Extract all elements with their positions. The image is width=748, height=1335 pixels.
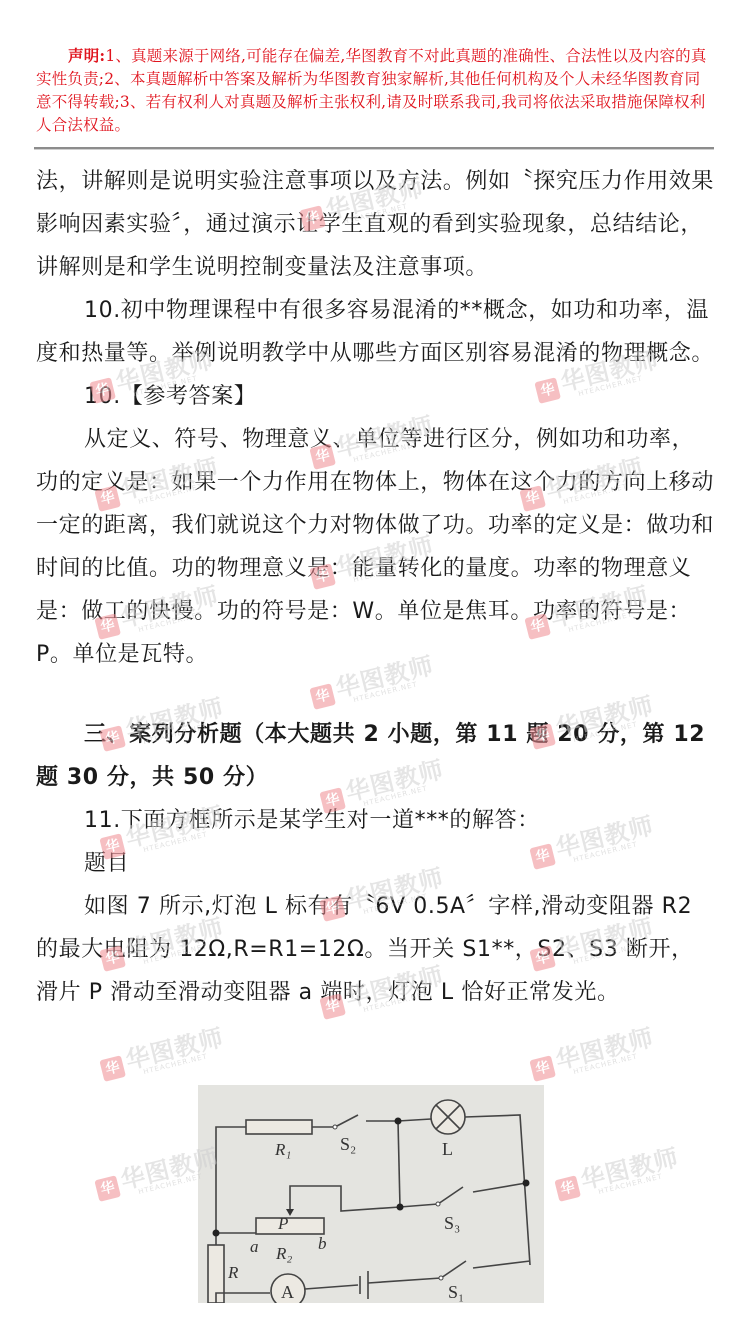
disclaimer-lead: 声明: — [68, 46, 105, 65]
watermark: 华华图教师HTEACHER.NET — [98, 1025, 228, 1086]
header-divider — [34, 147, 714, 150]
label-s1: S₁ — [448, 1282, 464, 1302]
label-r1: R₁ — [274, 1140, 291, 1159]
ammeter-icon: A — [281, 1282, 294, 1302]
label-p: P — [277, 1214, 288, 1233]
spacer — [36, 676, 714, 713]
previous-answer-continuation: 法，讲解则是说明实验注意事项以及方法。例如〝探究压力作用效果影响因素实验〞，通过… — [36, 160, 714, 289]
label-r: R — [227, 1263, 239, 1282]
label-a: a — [250, 1237, 259, 1256]
question-11-intro: 11.下面方框所示是某学生对一道***的解答： — [36, 799, 714, 842]
label-r2: R₂ — [275, 1244, 292, 1263]
section-3-heading: 三、案列分析题（本大题共 2 小题，第 11 题 20 分，第 12 题 30 … — [36, 713, 714, 799]
watermark: 华华图教师HTEACHER.NET — [528, 1025, 658, 1086]
problem-text: 如图 7 所示,灯泡 L 标有有〝6V 0.5A〞字样,滑动变阻器 R2 的最大… — [36, 885, 714, 1014]
watermark-logo-icon: 华 — [99, 1055, 126, 1082]
disclaimer-text: 1、真题来源于网络,可能存在偏差,华图教育不对此真题的准确性、合法性以及内容的真… — [36, 47, 707, 134]
answer-10-heading: 10.【参考答案】 — [36, 375, 714, 418]
label-s3: S₃ — [444, 1213, 460, 1233]
watermark: 华华图教师HTEACHER.NET — [553, 1145, 683, 1206]
circuit-diagram: R₁ P a R₂ b R S₂ L S₃ A S₁ — [198, 1085, 544, 1303]
watermark-logo-icon: 华 — [554, 1175, 581, 1202]
document-body: 法，讲解则是说明实验注意事项以及方法。例如〝探究压力作用效果影响因素实验〞，通过… — [36, 160, 714, 1014]
disclaimer-notice: 声明:1、真题来源于网络,可能存在偏差,华图教育不对此真题的准确性、合法性以及内… — [36, 44, 712, 137]
answer-10-body: 从定义、符号、物理意义、单位等进行区分，例如功和功率，功的定义是：如果一个力作用… — [36, 418, 714, 676]
problem-label: 题目 — [36, 842, 714, 885]
watermark-logo-icon: 华 — [529, 1055, 556, 1082]
circuit-diagram-figure: R₁ P a R₂ b R S₂ L S₃ A S₁ — [198, 1085, 544, 1303]
watermark-logo-icon: 华 — [94, 1175, 121, 1202]
label-b: b — [318, 1234, 327, 1253]
question-10: 10.初中物理课程中有很多容易混淆的**概念，如功和功率，温度和热量等。举例说明… — [36, 289, 714, 375]
label-s2: S₂ — [340, 1134, 356, 1154]
label-l: L — [442, 1139, 453, 1159]
